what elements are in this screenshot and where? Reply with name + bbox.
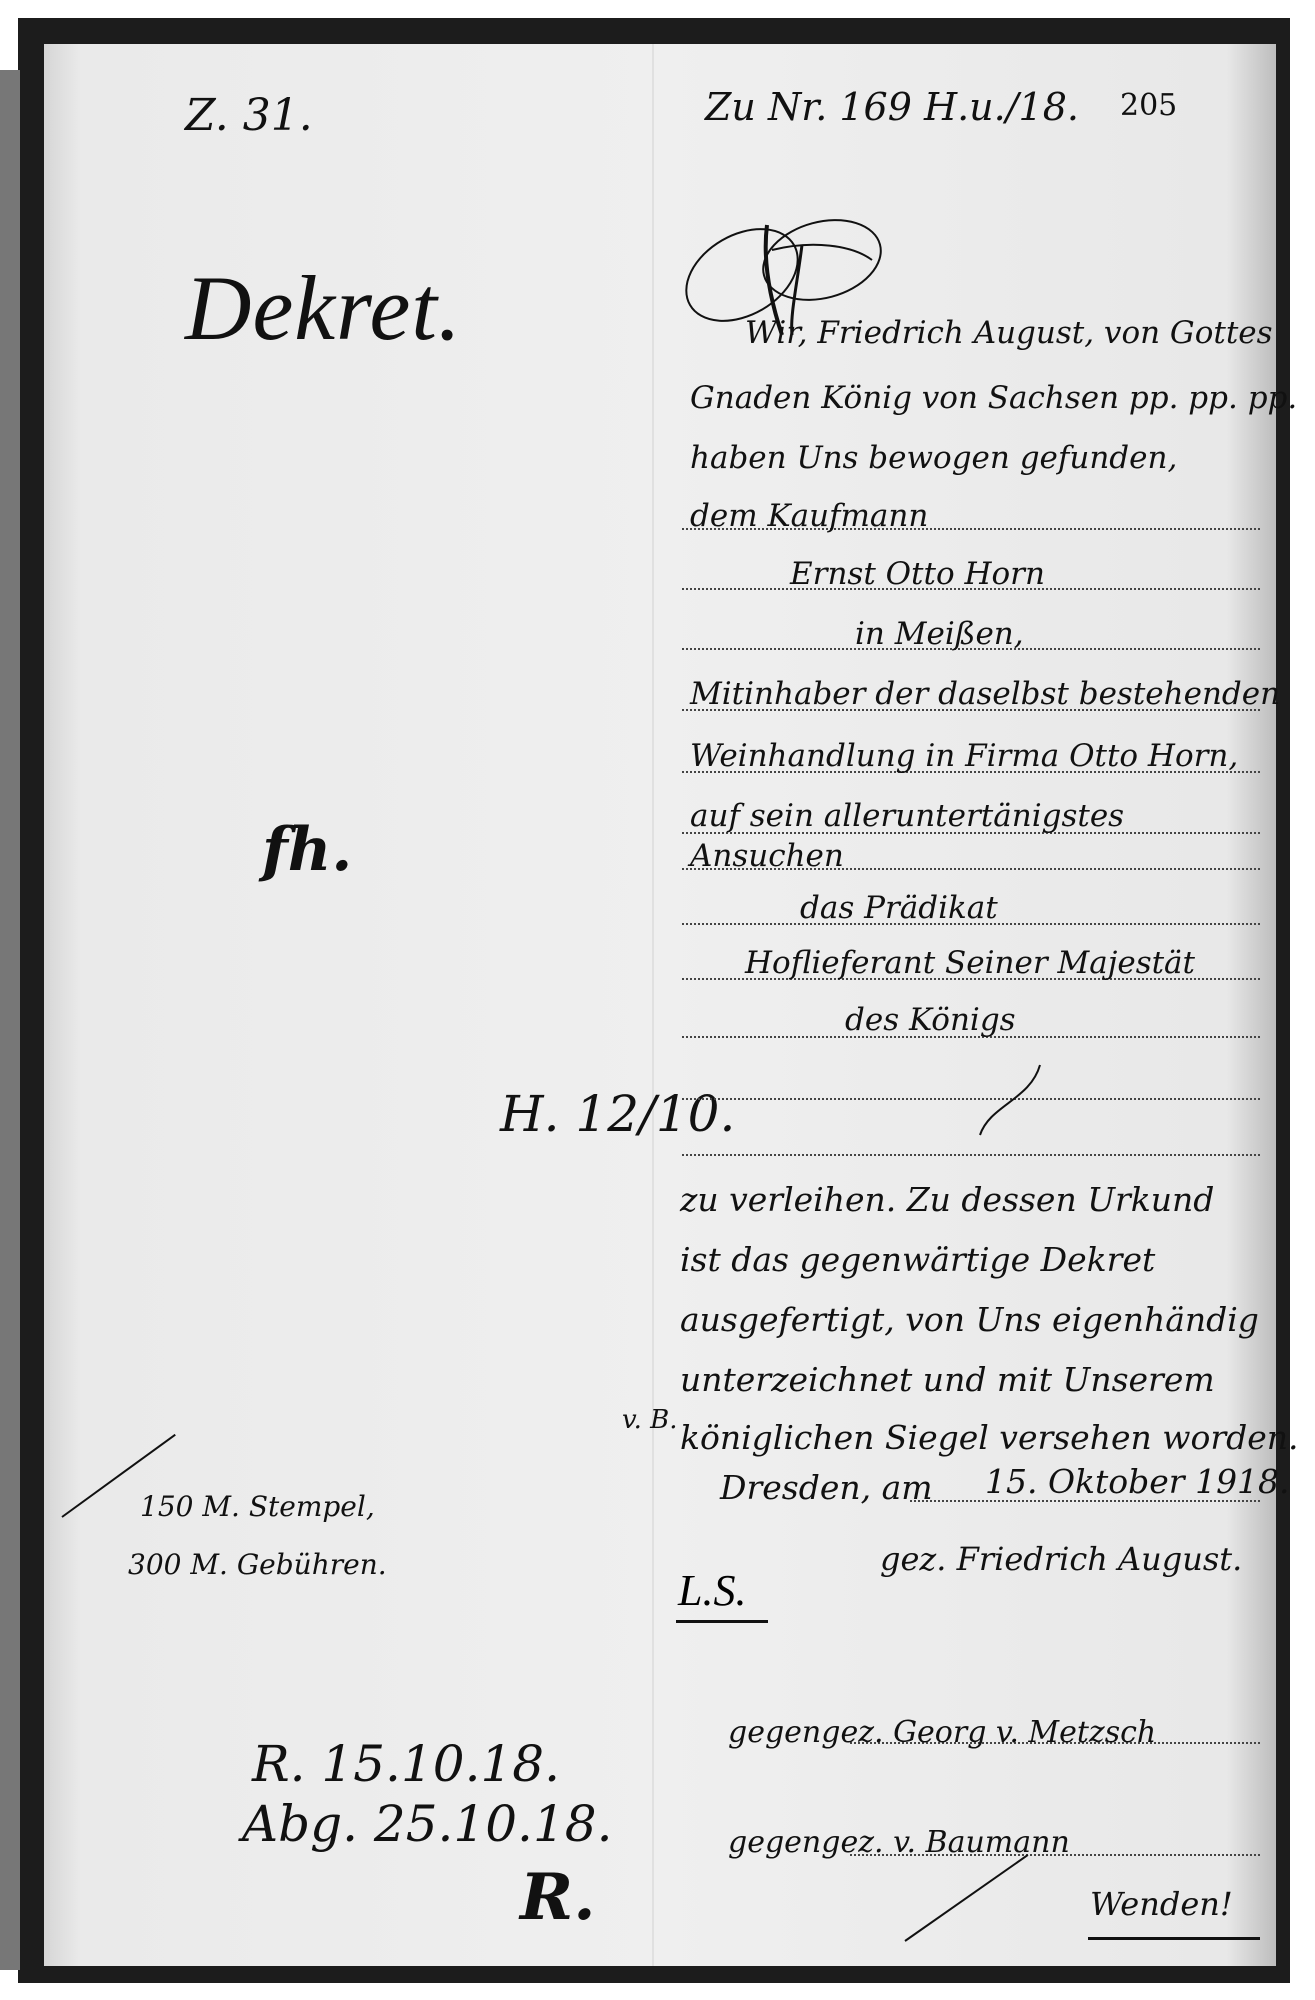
royal-signature: gez. Friedrich August. <box>880 1540 1242 1578</box>
recipient-name: Ernst Otto Horn <box>790 556 1045 592</box>
ruled-line <box>682 1154 1260 1156</box>
body-line: ausgefertigt, von Uns eigenhändig <box>680 1300 1259 1339</box>
seal-underline <box>676 1620 768 1623</box>
body-line: unterzeichnet und mit Unserem <box>680 1360 1215 1399</box>
signature-date-mark: H. 12/10. <box>500 1085 735 1143</box>
title-granted-cont: des Königs <box>845 1002 1016 1038</box>
registry-initial: R. <box>520 1860 595 1935</box>
blank-flourish-icon <box>960 1060 1060 1140</box>
body-line: Weinhandlung in Firma Otto Horn, <box>690 738 1238 774</box>
body-line: Ansuchen <box>690 838 844 874</box>
body-line: das Prädikat <box>800 890 998 926</box>
seal-mark: L.S. <box>678 1565 746 1616</box>
body-line: auf sein alleruntertänigstes <box>690 798 1124 834</box>
body-line: dem Kaufmann <box>690 498 928 534</box>
recipient-place: in Meißen, <box>855 616 1024 652</box>
closing-underline <box>1088 1937 1260 1940</box>
countersignature-metzsch: gegengez. Georg v. Metzsch <box>728 1715 1156 1750</box>
title-granted: Hoflieferant Seiner Majestät <box>745 945 1195 981</box>
decree-date: 15. Oktober 1918. <box>985 1462 1290 1501</box>
body-line: königlichen Siegel versehen worden. <box>680 1418 1299 1457</box>
reference-number: Zu Nr. 169 H.u./18. <box>705 85 1079 129</box>
countersignature-baumann: gegengez. v. Baumann <box>728 1825 1070 1860</box>
body-line: Mitinhaber der daselbst bestehenden <box>690 676 1280 712</box>
body-line: Gnaden König von Sachsen pp. pp. pp. <box>690 380 1297 416</box>
registry-dispatched: Abg. 25.10.18. <box>242 1795 612 1853</box>
binding-spine <box>0 70 20 1970</box>
folio-number: 205 <box>1120 88 1177 123</box>
initials-mark: fh. <box>262 815 352 885</box>
page-fold <box>652 44 654 1966</box>
top-left-mark: Z. 31. <box>185 90 313 141</box>
body-line: haben Uns bewogen gefunden, <box>690 440 1177 476</box>
fee-charges: 300 M. Gebühren. <box>128 1548 387 1581</box>
body-line: zu verleihen. Zu dessen Urkund <box>680 1180 1214 1219</box>
place-label: Dresden, am <box>720 1468 933 1507</box>
body-line: Wir, Friedrich August, von Gottes <box>745 315 1273 351</box>
body-line: ist das gegenwärtige Dekret <box>680 1240 1155 1279</box>
fee-stamp: 150 M. Stempel, <box>140 1490 375 1523</box>
decree-heading: Dekret. <box>185 255 462 361</box>
registry-received: R. 15.10.18. <box>252 1735 560 1793</box>
margin-note: v. B. <box>622 1405 678 1435</box>
closing-mark: Wenden! <box>1090 1885 1233 1923</box>
